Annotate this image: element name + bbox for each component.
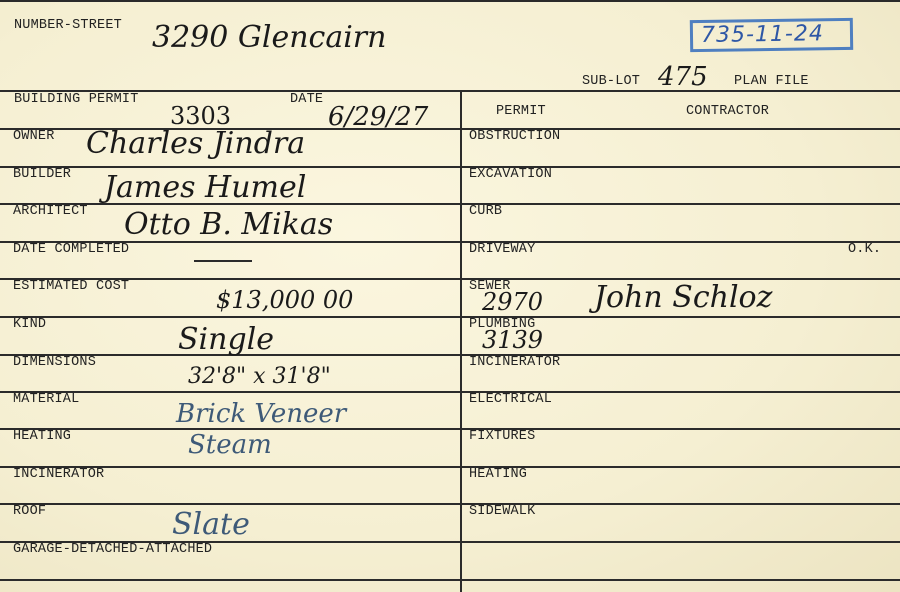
field-label: GARAGE-DETACHED-ATTACHED [13,542,212,557]
field-value: Slate [172,507,250,542]
field-label: INCINERATOR [13,467,104,482]
row-divider [0,428,900,430]
field-label: ESTIMATED COST [13,279,129,294]
number-street-value: 3290 Glencairn [152,20,386,55]
contractor-column-header: CONTRACTOR [686,104,769,119]
field-label: ELECTRICAL [469,392,552,407]
field-value: Otto B. Mikas [124,207,333,242]
plan-file-label: PLAN FILE [734,74,809,89]
field-label: BUILDER [13,167,71,182]
row-divider [0,579,900,581]
field-label: MATERIAL [13,392,79,407]
field-label: OBSTRUCTION [469,129,560,144]
row-divider [0,391,900,393]
sub-lot-value: 475 [658,62,708,92]
field-label: ROOF [13,504,46,519]
permit-column-header: PERMIT [496,104,546,119]
field-label: DIMENSIONS [13,355,96,370]
contractor-name: John Schloz [594,280,772,315]
permit-number: 2970 [482,288,543,316]
field-label: FIXTURES [469,429,535,444]
status-note: O.K. [848,242,881,257]
row-divider [0,166,900,168]
field-value: $13,000 00 [216,286,353,314]
building-permit-label: BUILDING PERMIT [14,92,139,107]
number-street-label: NUMBER-STREET [14,18,122,33]
row-divider [0,503,900,505]
field-value: Brick Veneer [176,399,346,429]
field-label: ARCHITECT [13,204,88,219]
field-label: SIDEWALK [469,504,535,519]
field-label: DRIVEWAY [469,242,535,257]
field-value: James Humel [104,170,306,205]
field-value: 32'8" x 31'8" [188,364,331,389]
field-label: INCINERATOR [469,355,560,370]
field-value: Single [178,322,274,357]
sub-lot-label: SUB-LOT [582,74,640,89]
field-label: HEATING [469,467,527,482]
date-label: DATE [290,92,323,107]
field-label: CURB [469,204,502,219]
field-value: Charles Jindra [86,126,305,161]
field-label: DATE COMPLETED [13,242,129,257]
row-divider [0,354,900,356]
permit-card: NUMBER-STREET 3290 Glencairn 735-11-24 S… [0,0,900,592]
row-divider [0,466,900,468]
permit-number: 3139 [482,326,543,354]
field-label: EXCAVATION [469,167,552,182]
file-number-stamp: 735-11-24 [690,18,853,52]
blank-dash [194,260,252,262]
field-label: OWNER [13,129,55,144]
field-label: HEATING [13,429,71,444]
field-value: Steam [188,430,272,460]
row-divider [0,316,900,318]
field-label: KIND [13,317,46,332]
